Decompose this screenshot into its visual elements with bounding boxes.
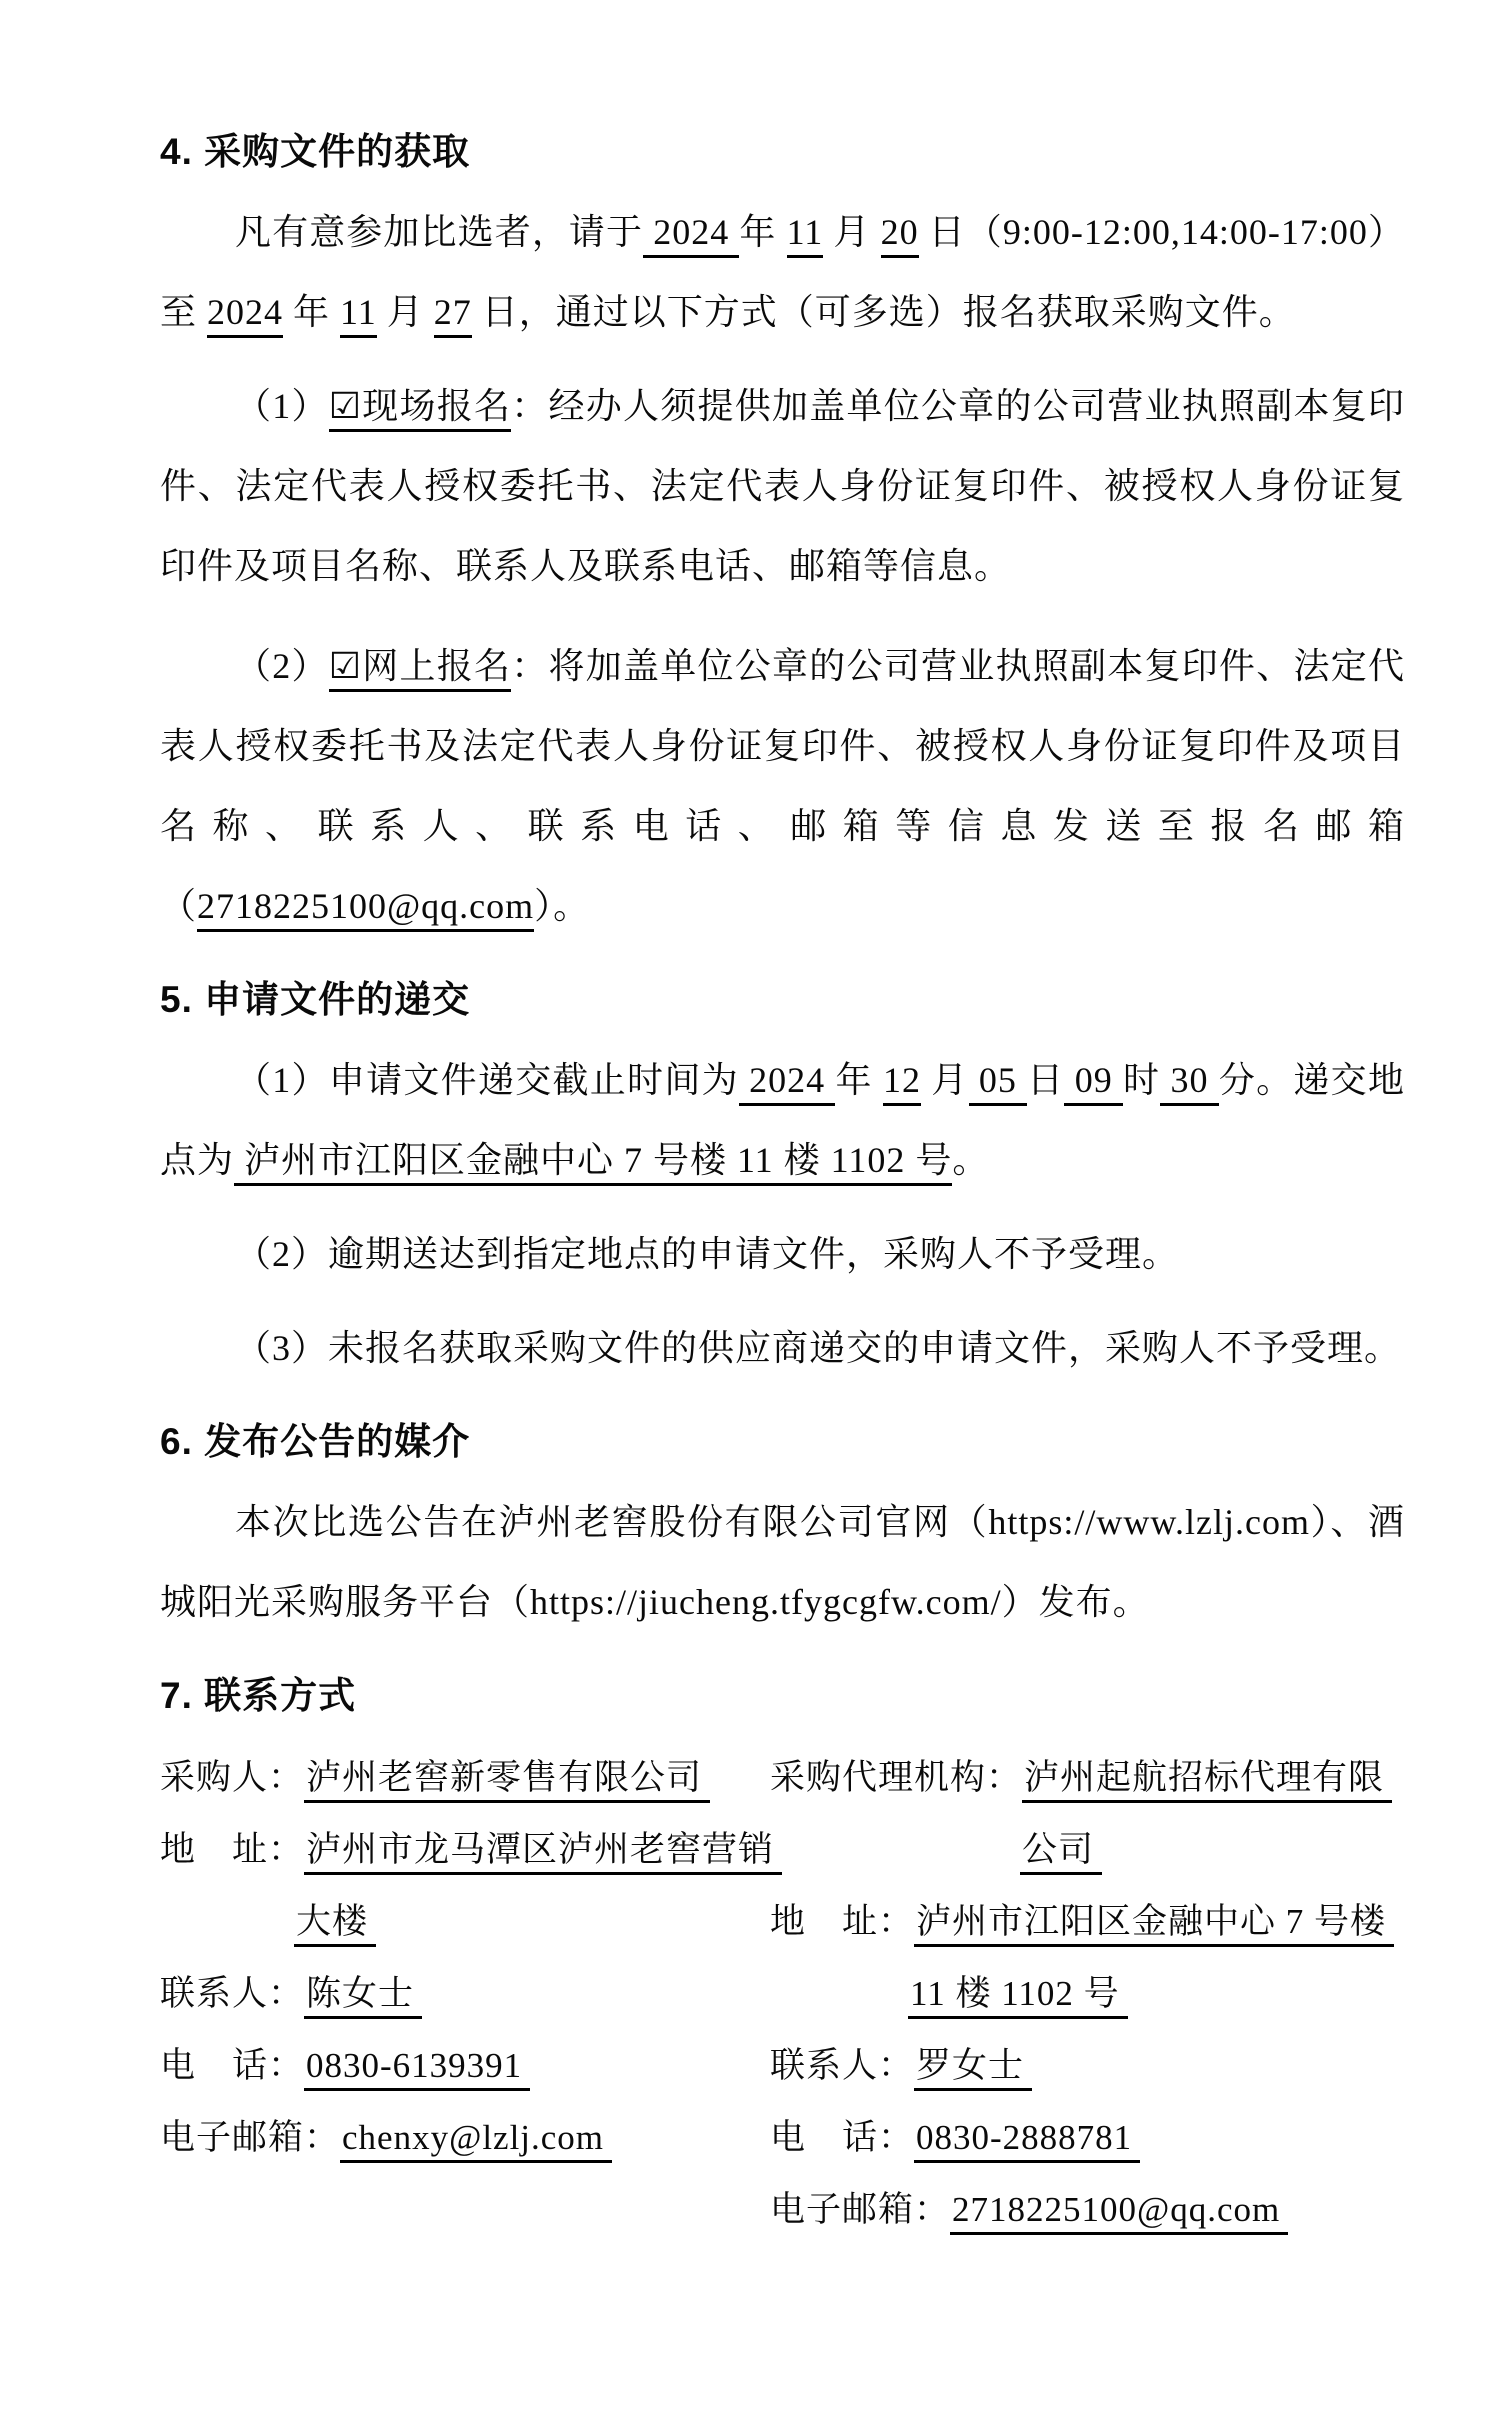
agency-email-row: 电子邮箱：2718225100@qq.com: [770, 2174, 1405, 2246]
purchaser-address-line2: 大楼: [294, 1902, 376, 1947]
agency-name-line2: 公司: [1020, 1830, 1102, 1875]
onsite-registration-option: ☑现场报名: [329, 386, 512, 432]
text-segment: 凡有意参加比选者，请于: [235, 212, 643, 252]
text-segment: 月: [377, 292, 434, 332]
text-segment: 年: [739, 212, 786, 252]
purchaser-label: 采购人：: [160, 1758, 304, 1797]
phone-label: 电 话：: [770, 2118, 914, 2157]
para-announcement-media: 本次比选公告在泸州老窖股份有限公司官网（https://www.lzlj.com…: [160, 1482, 1405, 1642]
para-online-registration: （2）☑网上报名：将加盖单位公章的公司营业执照副本复印件、法定代表人授权委托书及…: [160, 626, 1405, 946]
para-unregistered-supplier: （3）未报名获取采购文件的供应商递交的申请文件，采购人不予受理。: [160, 1308, 1405, 1388]
text-segment: 日，通过以下方式（可多选）报名获取采购文件。: [472, 292, 1296, 332]
deadline-year: 2024: [739, 1060, 836, 1106]
contact-section: 采购人：泸州老窖新零售有限公司 地 址：泸州市龙马潭区泸州老窖营销 大楼 联系人…: [160, 1742, 1405, 2246]
online-registration-option: ☑网上报名: [329, 646, 512, 692]
purchaser-name: 泸州老窖新零售有限公司: [304, 1758, 710, 1803]
para-onsite-registration: （1）☑现场报名：经办人须提供加盖单位公章的公司营业执照副本复印件、法定代表人授…: [160, 366, 1405, 606]
item-number: （1）: [235, 386, 329, 426]
text-segment: 。: [952, 1140, 989, 1180]
agency-address-row: 地 址：泸州市江阳区金融中心 7 号楼 11 楼 1102 号: [770, 1886, 1405, 2030]
blank-start-month: 11: [787, 212, 824, 258]
agency-row: 采购代理机构：泸州起航招标代理有限 公司: [770, 1742, 1405, 1886]
purchaser-phone-row: 电 话：0830-6139391: [160, 2030, 770, 2102]
option-label: 网上报名: [362, 646, 511, 686]
purchaser-email: chenxy@lzlj.com: [340, 2118, 612, 2163]
para-late-submission: （2）逾期送达到指定地点的申请文件，采购人不予受理。: [160, 1214, 1405, 1294]
registration-email: 2718225100@qq.com: [197, 886, 534, 932]
section-6-heading: 6. 发布公告的媒介: [160, 1402, 1405, 1482]
text-segment: 月: [823, 212, 880, 252]
agency-phone-row: 电 话：0830-2888781: [770, 2102, 1405, 2174]
agency-address-line1: 泸州市江阳区金融中心 7 号楼: [914, 1902, 1394, 1947]
agency-phone: 0830-2888781: [914, 2118, 1140, 2163]
purchaser-address-line1: 泸州市龙马潭区泸州老窖营销: [304, 1830, 782, 1875]
document-page: 4. 采购文件的获取 凡有意参加比选者，请于 2024 年 11 月 20 日（…: [0, 0, 1500, 2411]
option-label: 现场报名: [362, 386, 511, 426]
section-4-heading: 4. 采购文件的获取: [160, 112, 1405, 192]
blank-end-year: 2024: [207, 292, 283, 338]
purchaser-contact-row: 联系人：陈女士: [160, 1958, 770, 2030]
text-segment: ）。: [534, 886, 590, 926]
purchaser-column: 采购人：泸州老窖新零售有限公司 地 址：泸州市龙马潭区泸州老窖营销 大楼 联系人…: [160, 1742, 770, 2246]
para-submission-deadline: （1）申请文件递交截止时间为 2024 年 12 月 05 日 09 时 30 …: [160, 1040, 1405, 1200]
deadline-month: 12: [883, 1060, 921, 1106]
text-segment: （1）申请文件递交截止时间为: [235, 1060, 739, 1100]
blank-end-month: 11: [340, 292, 377, 338]
email-label: 电子邮箱：: [160, 2118, 340, 2157]
text-segment: 年: [283, 292, 340, 332]
agency-column: 采购代理机构：泸州起航招标代理有限 公司 地 址：泸州市江阳区金融中心 7 号楼…: [770, 1742, 1405, 2246]
checkbox-checked-icon: ☑: [329, 386, 362, 426]
blank-end-day: 27: [434, 292, 472, 338]
purchaser-row: 采购人：泸州老窖新零售有限公司: [160, 1742, 770, 1814]
blank-start-year: 2024: [643, 212, 739, 258]
deadline-day: 05: [969, 1060, 1028, 1106]
deadline-hour: 09: [1064, 1060, 1123, 1106]
agency-email: 2718225100@qq.com: [950, 2190, 1288, 2235]
contact-person-label: 联系人：: [770, 2046, 914, 2085]
purchaser-address-row: 地 址：泸州市龙马潭区泸州老窖营销 大楼: [160, 1814, 770, 1958]
email-label: 电子邮箱：: [770, 2190, 950, 2229]
text-segment: 月: [921, 1060, 969, 1100]
purchaser-email-row: 电子邮箱：chenxy@lzlj.com: [160, 2102, 770, 2174]
agency-contact-row: 联系人：罗女士: [770, 2030, 1405, 2102]
address-label: 地 址：: [770, 1902, 914, 1941]
agency-label: 采购代理机构：: [770, 1758, 1022, 1797]
agency-name-line1: 泸州起航招标代理有限: [1022, 1758, 1392, 1803]
agency-address-line2: 11 楼 1102 号: [908, 1974, 1128, 2019]
purchaser-contact-name: 陈女士: [304, 1974, 422, 2019]
section-5-heading: 5. 申请文件的递交: [160, 960, 1405, 1040]
purchaser-phone: 0830-6139391: [304, 2046, 530, 2091]
para-obtain-documents: 凡有意参加比选者，请于 2024 年 11 月 20 日（9:00-12:00,…: [160, 192, 1405, 352]
agency-contact-name: 罗女士: [914, 2046, 1032, 2091]
text-segment: 时: [1123, 1060, 1160, 1100]
address-label: 地 址：: [160, 1830, 304, 1869]
blank-start-day: 20: [881, 212, 919, 258]
submission-address: 泸州市江阳区金融中心 7 号楼 11 楼 1102 号: [234, 1140, 952, 1186]
text-segment: 日: [1027, 1060, 1064, 1100]
text-segment: 年: [835, 1060, 883, 1100]
phone-label: 电 话：: [160, 2046, 304, 2085]
deadline-minute: 30: [1160, 1060, 1219, 1106]
contact-person-label: 联系人：: [160, 1974, 304, 2013]
section-7-heading: 7. 联系方式: [160, 1656, 1405, 1736]
checkbox-checked-icon: ☑: [329, 646, 362, 686]
item-number: （2）: [235, 646, 329, 686]
